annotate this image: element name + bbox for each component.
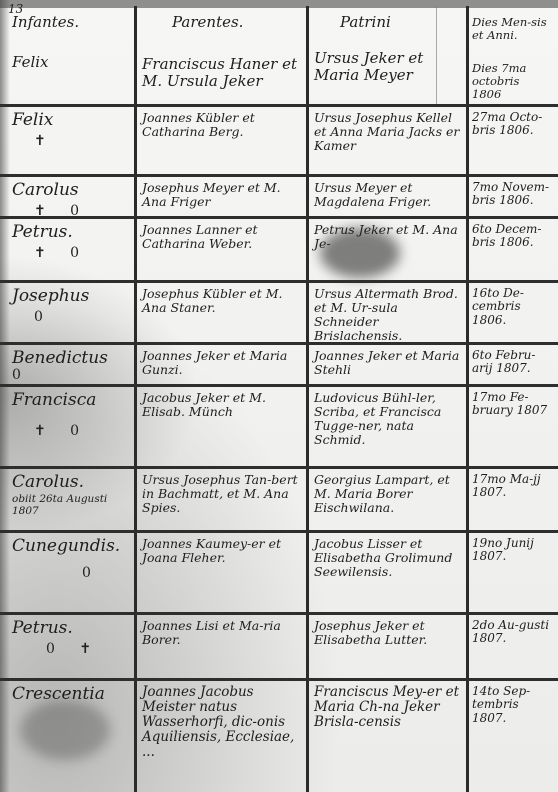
entry-infant: Petrus.✝ 0 — [12, 223, 134, 262]
entry-godparents: Ludovicus Bühl-ler, Scriba, et Francisca… — [314, 391, 466, 447]
entry-date: Dies 7ma octobris 1806 — [472, 62, 552, 101]
register-entry: Felix✝ Joannes Kübler et Catharina Berg.… — [0, 104, 558, 174]
entry-infant: Crescentia — [12, 685, 134, 704]
entry-godparents: Franciscus Mey-er et Maria Ch-na Jeker B… — [314, 685, 466, 730]
entry-date: 17mo Fe-bruary 1807 — [472, 391, 552, 418]
status-marks: ✝ 0 — [12, 424, 134, 440]
register-entry: Crescentia Joannes Jacobus Meister natus… — [0, 678, 558, 792]
infant-name: Carolus. — [12, 472, 84, 492]
entry-godparents: Petrus Jeker et M. Ana Je- — [314, 223, 466, 251]
entry-parents: Joannes Jeker et Maria Gunzi. — [142, 349, 307, 377]
entry-godparents: Jacobus Lisser et Elisabetha Grolimund S… — [314, 537, 466, 579]
header-infants: Infantes. — [12, 14, 134, 31]
infant-name: Petrus. — [12, 618, 73, 638]
status-marks: 0 — [12, 368, 134, 384]
entry-infant: Francisca✝ 0 — [12, 391, 134, 440]
entry-parents: Joannes Kaumey-er et Joana Fleher. — [142, 537, 307, 565]
entry-infant: Josephus0 — [12, 287, 134, 326]
entry-date: 17mo Ma-jj 1807. — [472, 473, 552, 500]
status-marks: ✝ — [12, 134, 134, 150]
status-marks: 0 ✝ — [12, 642, 134, 658]
entry-infant: Petrus.0 ✝ — [12, 619, 134, 658]
register-entry: Carolus✝ 0 Josephus Meyer et M. Ana Frig… — [0, 174, 558, 216]
entry-date: 14to Sep-tembris 1807. — [472, 685, 552, 725]
entry-infant: Carolus✝ 0 — [12, 181, 134, 220]
status-marks: 0 — [12, 566, 134, 582]
entry-date: 6to Febru-arij 1807. — [472, 349, 552, 376]
entry-date: 2do Au-gusti 1807. — [472, 619, 552, 646]
entry-godparents: Georgius Lampart, et M. Maria Borer Eisc… — [314, 473, 466, 515]
register-entry: Francisca✝ 0 Jacobus Jeker et M. Elisab.… — [0, 384, 558, 466]
infant-name: Carolus — [12, 180, 79, 200]
entry-godparents: Joannes Jeker et Maria Stehli — [314, 349, 466, 377]
entry-infant: Felix — [12, 54, 134, 71]
status-marks: 0 — [12, 310, 134, 326]
entry-infant: Cunegundis.0 — [12, 537, 134, 582]
entry-date: 27ma Octo-bris 1806. — [472, 111, 552, 138]
entry-parents: Ursus Josephus Tan-bert in Bachmatt, et … — [142, 473, 307, 515]
entry-infant: Benedictus0 — [12, 349, 134, 384]
entry-parents: Jacobus Jeker et M. Elisab. Münch — [142, 391, 307, 419]
infant-name: Cunegundis. — [12, 536, 120, 556]
entry-date: 16to De-cembris 1806. — [472, 287, 552, 327]
baptism-register-table: Infantes. Parentes. Patrini Dies Men-sis… — [0, 0, 558, 792]
infant-name: Petrus. — [12, 222, 73, 242]
entry-parents: Joannes Jacobus Meister natus Wasserhorf… — [142, 685, 307, 761]
header-godparents: Patrini — [314, 14, 466, 31]
register-entry: Cunegundis.0 Joannes Kaumey-er et Joana … — [0, 530, 558, 612]
register-entry: Josephus0 Josephus Kübler et M. Ana Stan… — [0, 280, 558, 342]
entry-parents: Joannes Lisi et Ma-ria Borer. — [142, 619, 307, 647]
status-marks: ✝ 0 — [12, 246, 134, 262]
entry-parents: Josephus Kübler et M. Ana Staner. — [142, 287, 307, 315]
register-entry: Carolus.obiit 26ta Augusti 1807 Ursus Jo… — [0, 466, 558, 530]
entry-godparents: Ursus Josephus Kellel et Anna Maria Jack… — [314, 111, 466, 153]
entry-date: 7mo Novem-bris 1806. — [472, 181, 552, 208]
register-entry: Petrus.0 ✝ Joannes Lisi et Ma-ria Borer.… — [0, 612, 558, 678]
header-row: Infantes. Parentes. Patrini Dies Men-sis… — [0, 0, 558, 104]
register-page: 13 Infantes. Parentes. Patrini Dies Men-… — [0, 0, 558, 792]
entry-godparents: Ursus Altermath Brod. et M. Ur-sula Schn… — [314, 287, 466, 343]
entry-parents: Joannes Lanner et Catharina Weber. — [142, 223, 307, 251]
infant-name: Josephus — [12, 286, 89, 306]
entry-date: 19no Junij 1807. — [472, 537, 552, 564]
entry-parents: Joannes Kübler et Catharina Berg. — [142, 111, 307, 139]
infant-name: Benedictus — [12, 348, 108, 368]
entry-godparents: Ursus Meyer et Magdalena Friger. — [314, 181, 466, 209]
infant-name: Francisca — [12, 390, 96, 410]
entry-infant: Carolus.obiit 26ta Augusti 1807 — [12, 473, 134, 518]
entry-infant: Felix✝ — [12, 111, 134, 150]
entry-date: 6to Decem-bris 1806. — [472, 223, 552, 250]
death-note: obiit 26ta Augusti 1807 — [12, 494, 134, 518]
entry-godparents: Ursus Jeker et Maria Meyer — [314, 50, 466, 84]
entry-parents: Josephus Meyer et M. Ana Friger — [142, 181, 307, 209]
entry-godparents: Josephus Jeker et Elisabetha Lutter. — [314, 619, 466, 647]
infant-name: Felix — [12, 110, 53, 130]
header-date: Dies Men-sis et Anni. — [472, 16, 552, 42]
entry-parents: Franciscus Haner et M. Ursula Jeker — [142, 56, 307, 90]
infant-name: Crescentia — [12, 684, 105, 704]
register-entry: Benedictus0 Joannes Jeker et Maria Gunzi… — [0, 342, 558, 384]
header-parents: Parentes. — [142, 14, 307, 31]
register-entry: Petrus.✝ 0 Joannes Lanner et Catharina W… — [0, 216, 558, 280]
